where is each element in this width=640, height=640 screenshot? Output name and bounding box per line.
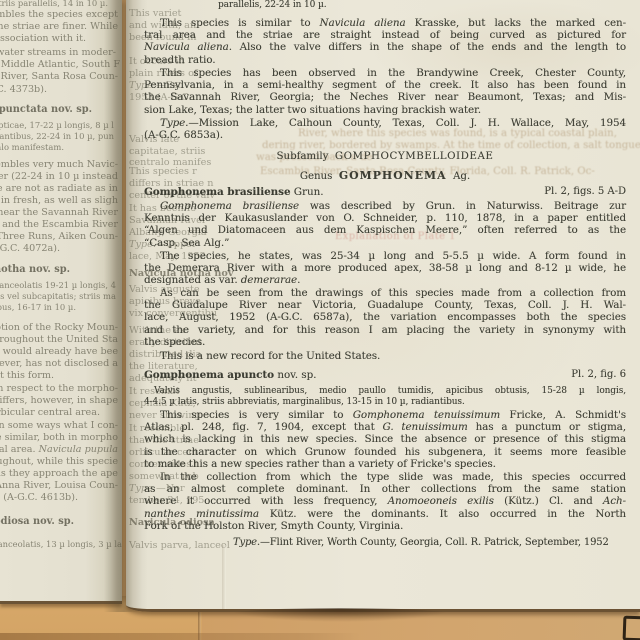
- left-page-text-line: been found in association with it.: [0, 33, 86, 45]
- text-line: parallelis, 22-24 in 10 µ.: [218, 0, 327, 11]
- left-page-text-line: Georgia; and the Escambia River: [0, 219, 118, 231]
- text-line: designated as var. demerarae.: [144, 274, 626, 286]
- species-header-brasiliense: Pl. 2, figs. 5 A-D Gomphonema brasiliens…: [144, 186, 626, 198]
- text-line: “Algen und Diatomaceen aus dem Kaspische…: [144, 224, 626, 236]
- genus-prefix: Genus: [300, 171, 333, 182]
- genus-author: Ag.: [453, 171, 470, 182]
- text-line: Navicula aliena. Also the valve differs …: [144, 41, 626, 53]
- left-page-text-line: in the striae number (22-24 in 10 µ inst…: [0, 171, 118, 183]
- page-bottom-shadow: [225, 608, 455, 622]
- text-line: Gomphonema brasiliense was described by …: [144, 200, 626, 212]
- text-line: “Casp. Sea Alg.”: [144, 237, 626, 249]
- left-page-text-line: distributed diatom would already have be…: [0, 346, 118, 358]
- left-page-text-line: tember 24, 1954 (A-G.C. 4613b).: [0, 492, 78, 504]
- text-line: Fork of the Holston River, Smyth County,…: [144, 520, 626, 532]
- left-page-text-line: Navicula odiosa nov. sp.: [0, 516, 74, 528]
- left-page-text-line: Creek River near the Savannah River: [0, 207, 118, 219]
- left-page-text-line: This species resembles very much Navic-: [0, 159, 118, 171]
- left-page-text-line: This variety resembles the species excep…: [0, 9, 118, 21]
- text-line: In the collection from which the type sl…: [144, 471, 626, 483]
- text-line: This species is similar to Navicula alie…: [144, 17, 626, 29]
- left-page-text-line: erally distributed throughout the United…: [0, 334, 118, 346]
- plate-reference: Pl. 2, figs. 5 A-D: [544, 186, 626, 197]
- species-author: nov. sp.: [277, 369, 316, 381]
- text-line: and the variety, and for this reason I a…: [144, 324, 626, 336]
- left-page-text-line: Valvis parvis, lanceolatis, 13 µ longis,…: [0, 538, 122, 550]
- left-page-text-line: With the exception of the Rocky Moun-: [0, 322, 118, 334]
- text-line: as an almost complete dominant. In other…: [144, 483, 626, 495]
- species-name: Gomphonema brasiliense: [144, 186, 291, 198]
- left-page-text-line: centralo manifestam.: [0, 141, 64, 153]
- text-line: tral area and the striae are straight in…: [144, 29, 626, 41]
- species-author: Grun.: [294, 186, 324, 198]
- text-line: 4-4.5 µ latis, striis abbreviatis, margi…: [144, 397, 626, 408]
- left-page-text-line: radiantibus, 16-17 in 10 µ.: [0, 301, 76, 313]
- text-line: the Guadalupe River near Victoria, Guada…: [144, 299, 626, 311]
- left-page-text-line: convex sides throughout, while this spec…: [0, 456, 118, 468]
- left-page-text: striis parallelis, 14 in 10 µ.This varie…: [0, 0, 122, 601]
- left-page-edge: striis parallelis, 14 in 10 µ.This varie…: [0, 0, 122, 604]
- left-page-text-line: orbicular central area. Navicula pupula: [0, 444, 118, 456]
- left-page-text-line: Type.—Escambia River, Santa Rosa Coun-: [0, 71, 118, 83]
- text-line: This species has been observed in the Br…: [144, 67, 626, 79]
- left-page-text-line: It resembles, in respect to the morpho-: [0, 383, 118, 395]
- left-page-text-line: that the striae are similar, both in mor…: [0, 432, 118, 444]
- text-line: the species.: [144, 336, 626, 348]
- text-line: breadth ratio.: [144, 54, 626, 66]
- text-line: (A-G.C. 6853a).: [144, 129, 626, 141]
- text-line: sion Lake, Texas; the latter two situati…: [144, 104, 626, 116]
- text-line: where it occurred with less frequency, A…: [144, 495, 626, 507]
- text-line: which is lacking in this new species. Si…: [144, 433, 626, 445]
- left-page-text-line: the valve are not as radiate as in: [0, 183, 118, 195]
- text-line: Atlas, pl. 248, fig. 7, 1904, except tha…: [144, 421, 626, 433]
- left-page-text-line: and width, and the striae are finer. Whi…: [0, 21, 118, 33]
- left-page-text-line: the literature, however, has not disclos…: [0, 358, 118, 370]
- text-line: lace, August, 1952 (A-G.C. 6587a), the v…: [144, 311, 626, 323]
- genus-heading: Genus GOMPHONEMA Ag.: [144, 169, 626, 182]
- left-page-text-line: May, 1952 (A-G.C. 4072a).: [0, 243, 60, 255]
- ghost-text-line: dering river, bordered by swamps. At the…: [262, 140, 640, 151]
- left-page-text-line: Type.—Upper Three Runs, Aiken Coun-: [0, 231, 118, 243]
- text-line: The species, he states, was 25-34 µ long…: [144, 250, 626, 262]
- left-page-text-line: cephala Kütz. It differs, however, in sh…: [0, 395, 118, 407]
- left-page-text-line: 1953 (A-G.C. 4373b).: [0, 84, 47, 96]
- text-line: is the character on which Grunow founded…: [144, 446, 626, 458]
- left-page-text-line: Type.—North Anna River, Louisa Coun-: [0, 480, 118, 492]
- left-page-text-line: somewhat rostrate as they approach the a…: [0, 468, 118, 480]
- left-page-text-line: striis parallelis, 14 in 10 µ.: [0, 0, 108, 9]
- species-header-apuncto: Pl. 2, fig. 6 Gomphonema apuncto nov. sp…: [144, 369, 626, 381]
- subfamily-name: GOMPHOCYMBELLOIDEAE: [335, 151, 494, 162]
- species-name: Gomphonema apuncto: [144, 369, 274, 381]
- left-page-text-line: never showing the orbicular central area…: [0, 407, 100, 419]
- subfamily-heading: Subfamily GOMPHOCYMBELLOIDEAE: [144, 151, 626, 162]
- left-page-text-line: adequately fit this form.: [0, 370, 54, 382]
- page-crease: [222, 545, 226, 609]
- text-line: This is a new record for the United Stat…: [144, 350, 626, 362]
- text-line: This species is very similar to Gomphone…: [144, 409, 626, 421]
- text-line: Type.—Mission Lake, Calhoun County, Texa…: [144, 117, 626, 129]
- text-line: Type.—Flint River, Worth County, Georgia…: [233, 537, 609, 549]
- text-line: the Savannah River, Georgia; the Neches …: [144, 91, 626, 103]
- plate-reference: Pl. 2, fig. 6: [571, 369, 626, 380]
- text-line: As can be seen from the drawings of this…: [144, 287, 626, 299]
- text-line: Valvis angustis, sublinearibus, medio pa…: [144, 386, 626, 397]
- left-page-text-line: has been found in fresh, as well as slig…: [0, 195, 118, 207]
- left-page-text-line: plain rivers of the Middle Atlantic, Sou…: [0, 59, 120, 71]
- left-page-text-line: It resembles in some ways what I con-: [0, 420, 118, 432]
- genus-name: GOMPHONEMA: [339, 169, 447, 182]
- cover-print-mark: [623, 616, 640, 640]
- left-page-text-line: Navicula notha nov. sp.: [0, 264, 70, 276]
- cover-shadow-strip: [0, 633, 360, 640]
- book-scan: striis parallelis, 14 in 10 µ.This varie…: [0, 0, 640, 640]
- text-line: to make this a new species rather than a…: [144, 458, 626, 470]
- text-line: nanthes minutissima Kütz. were the domin…: [144, 508, 626, 520]
- text-line: the Demerara River with a more produced …: [144, 262, 626, 274]
- book-page: This varietand width, anbeen found inIt …: [126, 0, 640, 612]
- text-line: Kenntnis der Kaukasuslander von O. Schne…: [144, 212, 626, 224]
- text-line: Pennsylvania, in a semi-healthy segment …: [144, 79, 626, 91]
- showthrough-fragment: Valvis parva, lanceol: [129, 540, 230, 552]
- left-page-text-line: Navicula heteropunctata nov. sp.: [0, 104, 92, 116]
- subfamily-prefix: Subfamily: [277, 151, 329, 162]
- left-page-text-line: It occurs in headwater streams in moder-: [0, 47, 116, 59]
